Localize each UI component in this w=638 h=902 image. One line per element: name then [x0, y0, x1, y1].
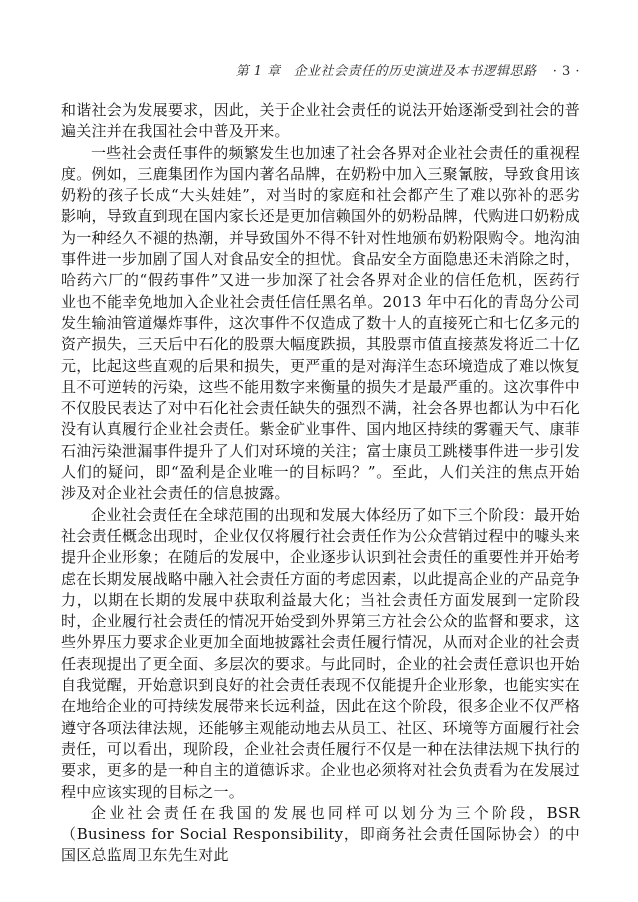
running-head: 第 1 章 企业社会责任的历史演进及本书逻辑思路 · 3 · — [61, 60, 580, 79]
page-body: 和谐社会为发展要求，因此，关于企业社会责任的说法开始逐渐受到社会的普遍关注并在我… — [61, 100, 580, 867]
chapter-number: 第 1 章 — [236, 60, 281, 79]
paragraph: 企业社会责任在全球范围的出现和发展大体经历了如下三个阶段：最开始社会责任概念出现… — [61, 505, 580, 803]
chapter-title: 企业社会责任的历史演进及本书逻辑思路 — [294, 60, 537, 79]
paragraph: 一些社会责任事件的频繁发生也加速了社会各界对企业社会责任的重视程度。例如，三鹿集… — [61, 143, 580, 505]
page-number: · 3 · — [553, 64, 580, 79]
paragraph: 和谐社会为发展要求，因此，关于企业社会责任的说法开始逐渐受到社会的普遍关注并在我… — [61, 100, 580, 143]
book-page: 第 1 章 企业社会责任的历史演进及本书逻辑思路 · 3 · 和谐社会为发展要求… — [0, 0, 638, 902]
paragraph: 企业社会责任在我国的发展也同样可以划分为三个阶段，BSR（Business fo… — [61, 803, 580, 867]
